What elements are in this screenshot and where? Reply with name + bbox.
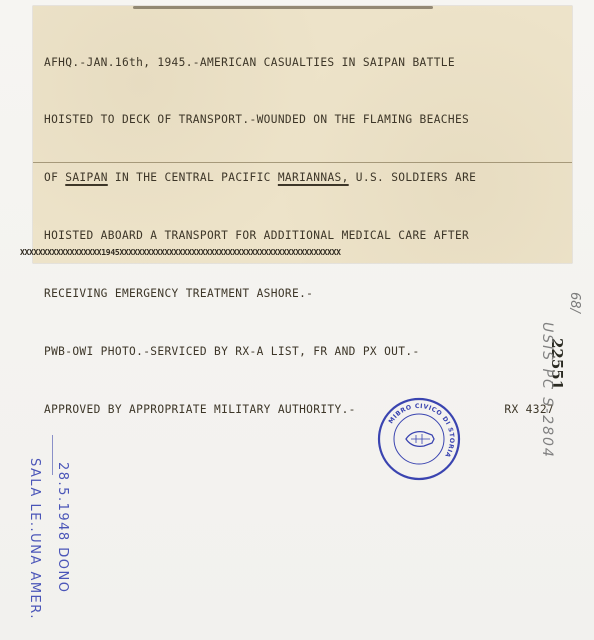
caption-line: HOISTED ABOARD A TRANSPORT FOR ADDITIONA… xyxy=(44,226,524,245)
approval-text: APPROVED BY APPROPRIATE MILITARY AUTHORI… xyxy=(44,403,356,416)
seal-ring-text: MIBRO CIVICO DI STORIA xyxy=(388,403,456,459)
struck-out-line: XXXXXXXXXXXXXXXXXX1945XXXXXXXXXXXXXXXXXX… xyxy=(20,249,532,257)
collection-stamp: SALA LE..UNA AMER. xyxy=(27,458,42,620)
pencil-mark xyxy=(52,435,53,475)
caption-line: PWB-OWI PHOTO.-SERVICED BY RX-A LIST, FR… xyxy=(44,342,524,361)
caption-text: AFHQ.-JAN.16th, 1945.-AMERICAN CASUALTIE… xyxy=(44,14,524,439)
underlined-mariannas: MARIANNAS, xyxy=(278,171,349,184)
caption-line: RECEIVING EMERGENCY TREATMENT ASHORE.- xyxy=(44,284,524,303)
donation-date-stamp: 28.5.1948 DONO xyxy=(55,462,70,594)
shield-emblem-icon xyxy=(406,432,434,447)
museum-seal: MIBRO CIVICO DI STORIA xyxy=(376,396,462,482)
slip-top-edge xyxy=(133,6,433,9)
svg-text:MIBRO CIVICO DI STORIA: MIBRO CIVICO DI STORIA xyxy=(388,403,456,459)
caption-fragment: U.S. SOLDIERS ARE xyxy=(349,171,477,184)
underlined-saipan: SAIPAN xyxy=(65,171,108,184)
caption-line: OF SAIPAN IN THE CENTRAL PACIFIC MARIANN… xyxy=(44,168,524,187)
caption-fragment: IN THE CENTRAL PACIFIC xyxy=(108,171,278,184)
caption-fragment: OF xyxy=(44,171,65,184)
pencil-ref-2: USIS PC S-2804 xyxy=(539,322,555,459)
caption-line: HOISTED TO DECK OF TRANSPORT.-WOUNDED ON… xyxy=(44,110,524,129)
caption-line: AFHQ.-JAN.16th, 1945.-AMERICAN CASUALTIE… xyxy=(44,53,524,72)
pencil-ref-1: 68/ xyxy=(567,292,582,313)
